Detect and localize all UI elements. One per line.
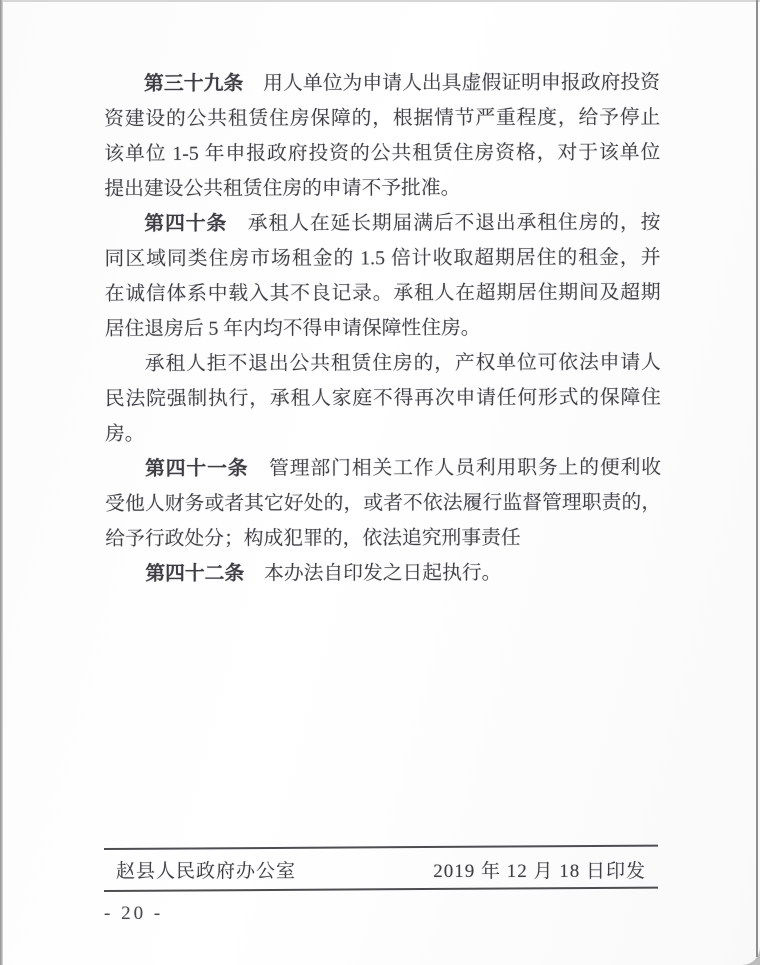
- article-number: 第四十条: [144, 213, 227, 235]
- page-number: - 20 -: [104, 903, 163, 925]
- document-body: 第三十九条 用人单位为申请人出具虚假证明申报政府投资资建设的公共租赁住房保障的，…: [104, 66, 661, 592]
- article-number: 第四十一条: [145, 458, 248, 480]
- print-date: 2019 年 12 月 18 日印发: [433, 856, 646, 883]
- text-line: 给予行政处分；构成犯罪的，依法追究刑事责任: [105, 521, 661, 557]
- text-line: 第三十九条 用人单位为申请人出具虚假证明申报政府投资: [104, 66, 660, 102]
- text-line: 房。: [105, 416, 661, 452]
- text-line: 在诚信体系中载入其不良记录。承租人在超期居住期间及超期: [105, 276, 661, 312]
- footer-row: 赵县人民政府办公室 2019 年 12 月 18 日印发: [104, 850, 658, 890]
- article-number: 第三十九条: [144, 73, 243, 95]
- document-page: 第三十九条 用人单位为申请人出具虚假证明申报政府投资资建设的公共租赁住房保障的，…: [0, 0, 760, 965]
- text-line: 居住退房后 5 年内均不得申请保障性住房。: [105, 311, 661, 347]
- document-footer: 赵县人民政府办公室 2019 年 12 月 18 日印发: [104, 848, 658, 892]
- issuing-office: 赵县人民政府办公室: [116, 856, 296, 883]
- text-line: 民法院强制执行，承租人家庭不得再次申请任何形式的保障住: [105, 381, 661, 417]
- text-line: 承租人拒不退出公共租赁住房的，产权单位可依法申请人: [105, 346, 661, 382]
- scan-edge-top: [0, 0, 760, 2]
- text-line: 第四十二条 本办法自印发之日起执行。: [105, 556, 661, 592]
- scan-edge-right: [756, 0, 758, 957]
- text-line: 该单位 1-5 年申报政府投资的公共租赁住房资格，对于该单位: [104, 136, 660, 172]
- text-line: 同区域同类住房市场租金的 1.5 倍计收取超期居住的租金，并: [104, 241, 660, 277]
- scan-edge-left: [0, 0, 3, 965]
- article-number: 第四十二条: [145, 563, 244, 585]
- text-line: 第四十一条 管理部门相关工作人员利用职务上的便利收: [105, 451, 661, 487]
- text-line: 提出建设公共租赁住房的申请不予批准。: [104, 171, 660, 207]
- text-line: 资建设的公共租赁住房保障的，根据情节严重程度，给予停止: [104, 101, 660, 137]
- text-line: 受他人财务或者其它好处的，或者不依法履行监督管理职责的，: [105, 486, 661, 522]
- text-line: 第四十条 承租人在延长期届满后不退出承租住房的，按: [104, 206, 660, 242]
